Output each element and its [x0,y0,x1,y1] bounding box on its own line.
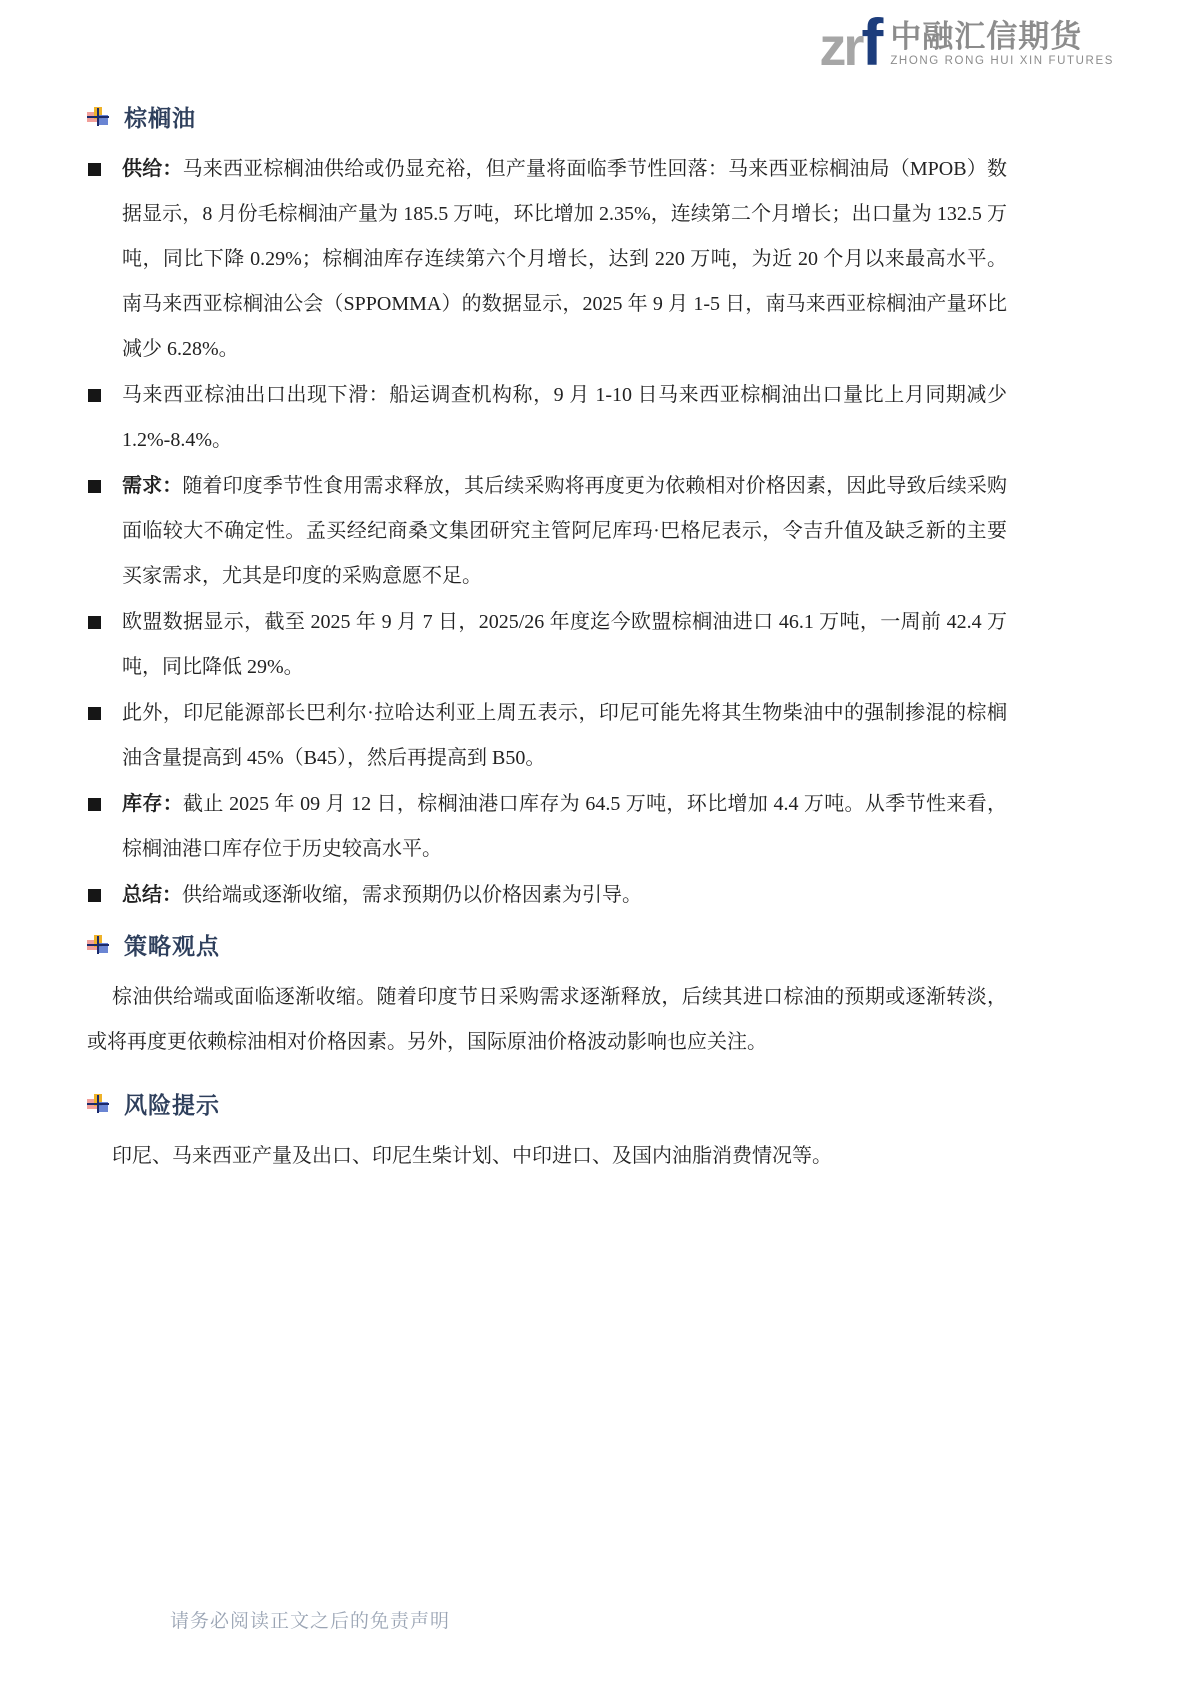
stray-punctuation-mark: 。 [933,788,945,805]
square-bullet-icon [88,616,101,629]
bullet-demand: 需求：随着印度季节性食用需求释放，其后续采购将再度更为依赖相对价格因素，因此导致… [87,464,1007,599]
section-head-risk: 风险提示 [87,1087,1007,1120]
bullet-label: 供给： [122,158,183,180]
square-bullet-icon [88,707,101,720]
risk-paragraph: 印尼、马来西亚产量及出口、印尼生柴计划、中印进口、及国内油脂消费情况等。 [87,1134,1007,1179]
logo-text-block: 中融汇信期货 ZHONG RONG HUI XIN FUTURES [890,21,1114,70]
bullet-label: 总结： [122,884,182,906]
section-marker-icon [87,1093,109,1115]
bullet-text: 此外，印尼能源部长巴利尔·拉哈达利亚上周五表示，印尼可能先将其生物柴油中的强制掺… [122,702,1007,769]
square-bullet-icon [88,480,101,493]
section-head-strategy: 策略观点 [87,928,1007,961]
company-name-en: ZHONG RONG HUI XIN FUTURES [890,55,1114,67]
bullet-text: 欧盟数据显示，截至 2025 年 9 月 7 日，2025/26 年度迄今欧盟棕… [122,611,1007,678]
footer-disclaimer: 请务必阅读正文之后的免责声明 [170,1606,450,1633]
square-bullet-icon [88,163,101,176]
logo-zrf-mark: zrf [819,16,880,69]
company-logo: zrf 中融汇信期货 ZHONG RONG HUI XIN FUTURES [819,16,1114,69]
bullet-exports-decline: 马来西亚棕油出口出现下滑：船运调查机构称，9 月 1-10 日马来西亚棕榈油出口… [87,373,1007,463]
bullet-text: 马来西亚棕榈油供给或仍显充裕，但产量将面临季节性回落：马来西亚棕榈油局（MPOB… [122,158,1007,360]
section-title-palm-oil: 棕榈油 [124,100,196,133]
section-head-palm-oil: 棕榈油 [87,100,1007,133]
report-body: 棕榈油 供给：马来西亚棕榈油供给或仍显充裕，但产量将面临季节性回落：马来西亚棕榈… [87,100,1007,1179]
section-title-risk: 风险提示 [124,1087,220,1120]
square-bullet-icon [88,889,101,902]
strategy-paragraph: 棕油供给端或面临逐渐收缩。随着印度节日采购需求逐渐释放，后续其进口棕油的预期或逐… [87,975,1007,1065]
logo-f-letter: f [861,5,880,79]
square-bullet-icon [88,389,101,402]
bullet-text: 截止 2025 年 09 月 12 日，棕榈油港口库存为 64.5 万吨，环比增… [122,793,1007,860]
section-marker-icon [87,106,109,128]
logo-zr-letters: zr [819,17,861,77]
report-page: zrf 中融汇信期货 ZHONG RONG HUI XIN FUTURES 棕榈… [0,0,1190,1683]
bullet-inventory: 库存：截止 2025 年 09 月 12 日，棕榈油港口库存为 64.5 万吨，… [87,782,1007,872]
bullet-text: 马来西亚棕油出口出现下滑：船运调查机构称，9 月 1-10 日马来西亚棕榈油出口… [122,384,1007,451]
bullet-label: 库存： [122,793,183,815]
section-marker-icon [87,934,109,956]
square-bullet-icon [88,798,101,811]
bullet-indonesia-biodiesel: 此外，印尼能源部长巴利尔·拉哈达利亚上周五表示，印尼可能先将其生物柴油中的强制掺… [87,691,1007,781]
bullet-text: 供给端或逐渐收缩，需求预期仍以价格因素为引导。 [182,884,642,906]
palm-oil-bullet-list: 供给：马来西亚棕榈油供给或仍显充裕，但产量将面临季节性回落：马来西亚棕榈油局（M… [87,147,1007,918]
bullet-supply: 供给：马来西亚棕榈油供给或仍显充裕，但产量将面临季节性回落：马来西亚棕榈油局（M… [87,147,1007,372]
bullet-text: 随着印度季节性食用需求释放，其后续采购将再度更为依赖相对价格因素，因此导致后续采… [122,475,1007,587]
bullet-eu-data: 欧盟数据显示，截至 2025 年 9 月 7 日，2025/26 年度迄今欧盟棕… [87,600,1007,690]
section-title-strategy: 策略观点 [124,928,220,961]
company-name-cn: 中融汇信期货 [890,21,1082,54]
bullet-label: 需求： [122,475,182,497]
bullet-summary: 总结：供给端或逐渐收缩，需求预期仍以价格因素为引导。 [87,873,1007,918]
